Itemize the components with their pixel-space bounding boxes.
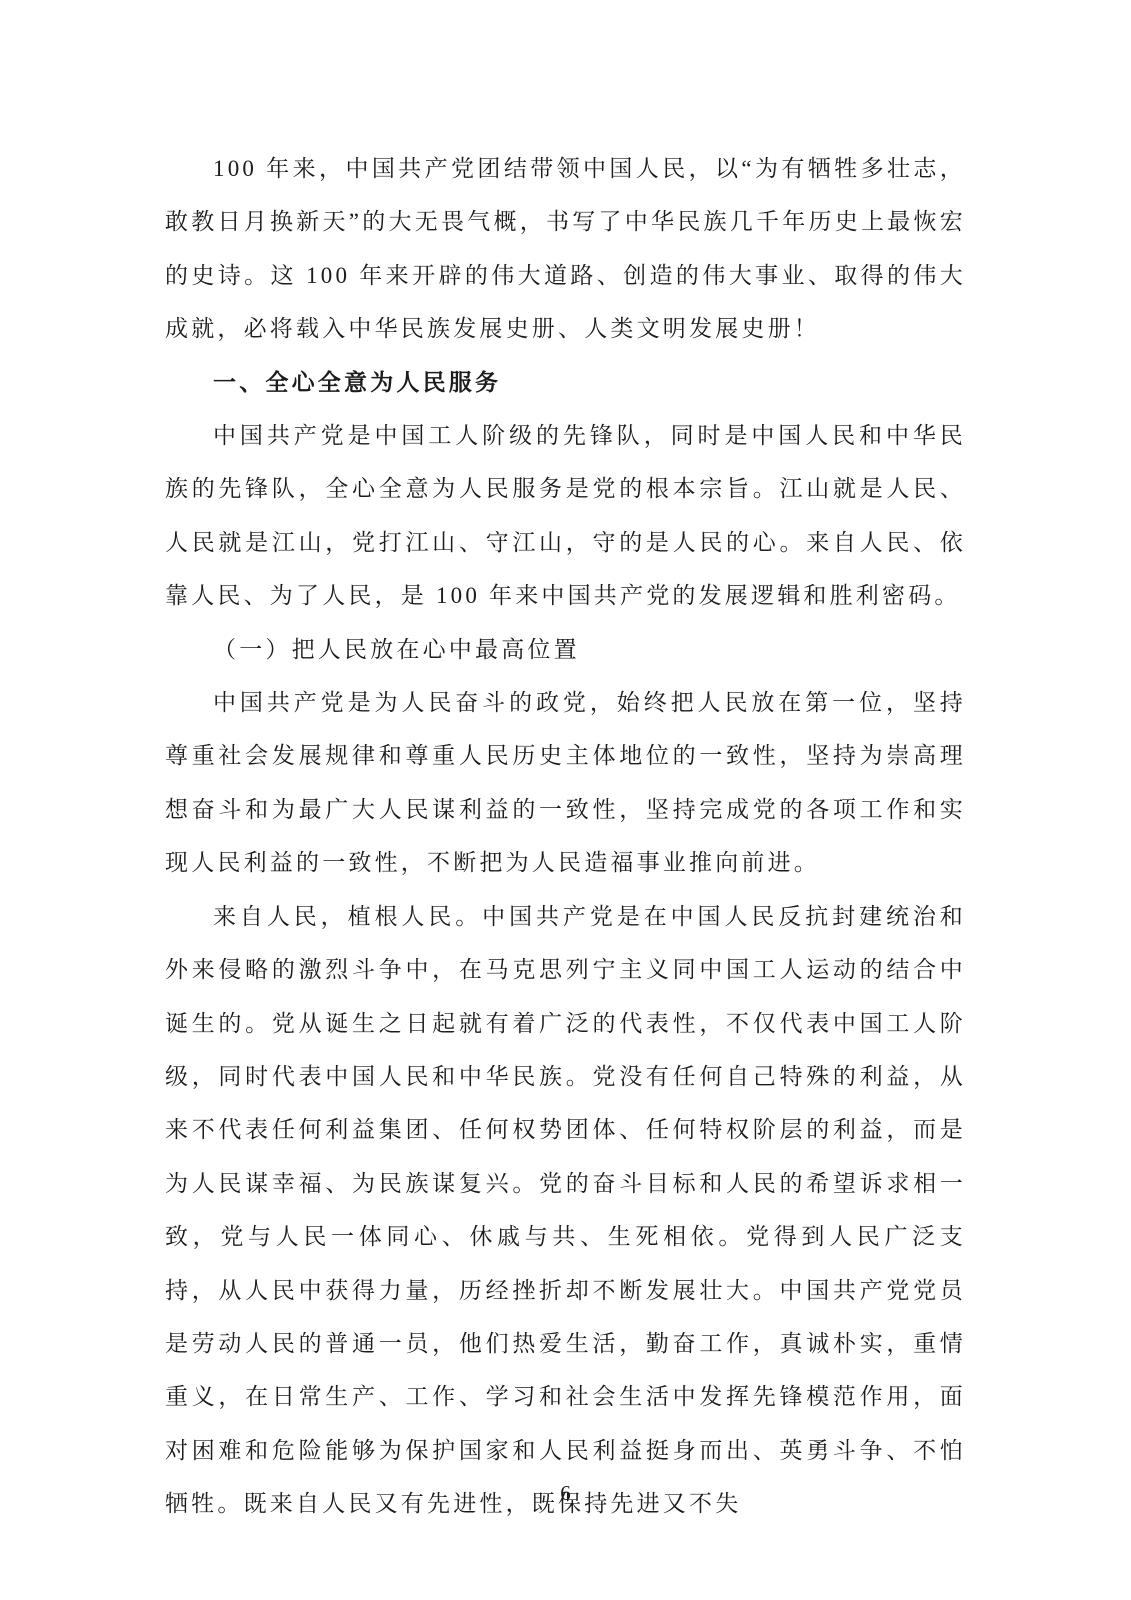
subsection-1-paragraph-1: 中国共产党是为人民奋斗的政党，始终把人民放在第一位，坚持尊重社会发展规律和尊重人… (165, 676, 966, 890)
document-body: 100 年来，中国共产党团结带领中国人民，以“为有牺牲多壮志，敢教日月换新天”的… (165, 142, 966, 1531)
section-1-paragraph: 中国共产党是中国工人阶级的先锋队，同时是中国人民和中华民族的先锋队，全心全意为人… (165, 409, 966, 623)
page-number: 6 (0, 1480, 1131, 1506)
subsection-1-heading: （一）把人民放在心中最高位置 (165, 623, 966, 676)
document-page: 100 年来，中国共产党团结带领中国人民，以“为有牺牲多壮志，敢教日月换新天”的… (0, 0, 1131, 1600)
subsection-1-paragraph-2: 来自人民，植根人民。中国共产党是在中国人民反抗封建统治和外来侵略的激烈斗争中，在… (165, 890, 966, 1531)
section-1-heading: 一、全心全意为人民服务 (165, 356, 966, 409)
intro-paragraph: 100 年来，中国共产党团结带领中国人民，以“为有牺牲多壮志，敢教日月换新天”的… (165, 142, 966, 356)
